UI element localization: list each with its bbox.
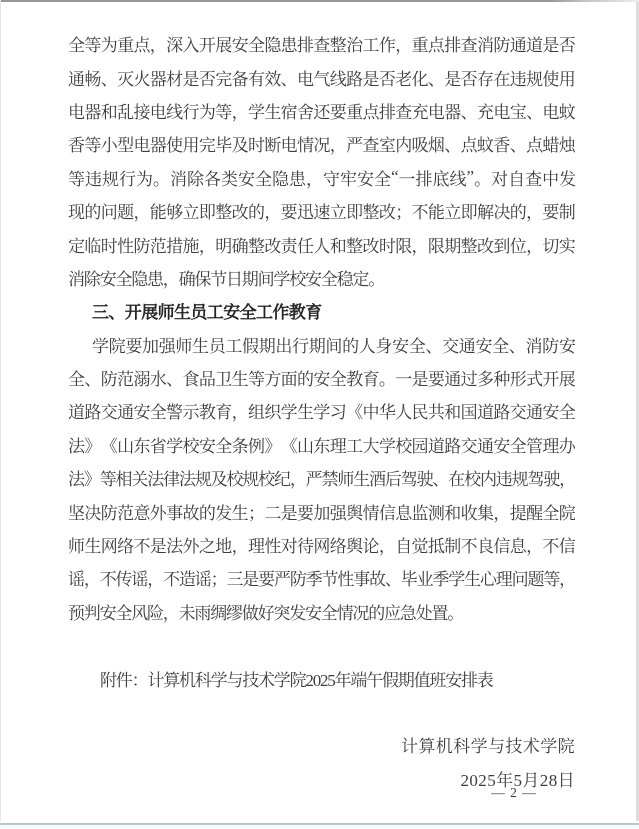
document-page: 全等为重点，深入开展安全隐患排查整治工作，重点排查消防通道是否 通畅、灭火器材是… [0,0,639,829]
body-line: 道路交通安全警示教育，组织学生学习《中华人民共和国道路交通安全 [68,394,575,427]
body-line: 全等为重点，深入开展安全隐患排查整治工作，重点排查消防通道是否 [68,27,575,60]
page-top-edge [0,0,639,2]
body-line: 坚决防范意外事故的发生；二是要加强舆情信息监测和收集，提醒全院 [68,494,575,527]
page-left-edge [0,0,1,821]
page-bottom-strip [0,825,639,829]
signature-org: 计算机科学与技术学院 [68,728,575,761]
body-line: 香等小型电器使用完毕及时断电情况，严查室内吸烟、点蚊香、点蜡烛 [68,127,575,160]
body-line: 定临时性防范措施，明确整改责任人和整改时限，限期整改到位，切实 [68,227,575,260]
body-line: 现的问题，能够立即整改的，要迅速立即整改；不能立即解决的，要制 [68,194,575,227]
page-number: — 2 — [482,785,546,801]
body-line: 学院要加强师生员工假期出行期间的人身安全、交通安全、消防安 [68,328,575,361]
body-line: 法》等相关法律法规及校规校纪，严禁师生酒后驾驶、在校内违规驾驶， [68,461,575,494]
body-line: 法》《山东省学校安全条例》《山东理工大学校园道路交通安全管理办 [68,428,575,461]
body-line: 等违规行为。消除各类安全隐患，守牢安全“一排底线”。对自查中发 [68,161,575,194]
body-line: 谣，不传谣，不造谣；三是要严防季节性事故、毕业季学生心理问题等， [68,561,575,594]
blank-line [68,695,575,728]
body-line: 消除安全隐患，确保节日期间学校安全稳定。 [68,261,575,294]
document-body: 全等为重点，深入开展安全隐患排查整治工作，重点排查消防通道是否 通畅、灭火器材是… [68,27,575,795]
body-line: 全、防范溺水、食品卫生等方面的安全教育。一是要通过多种形式开展 [68,361,575,394]
body-line: 师生网络不是法外之地，理性对待网络舆论，自觉抵制不良信息，不信 [68,528,575,561]
section-heading: 三、开展师生员工安全工作教育 [68,294,575,327]
body-line: 通畅、灭火器材是否完备有效、电气线路是否老化、是否存在违规使用 [68,60,575,93]
body-line: 电器和乱接电线行为等，学生宿舍还要重点排查充电器、充电宝、电蚊 [68,94,575,127]
blank-line [68,628,575,661]
attachment-line: 附件：计算机科学与技术学院2025年端午假期值班安排表 [68,661,575,694]
body-line: 预判安全风险，未雨绸缪做好突发安全情况的应急处置。 [68,595,575,628]
